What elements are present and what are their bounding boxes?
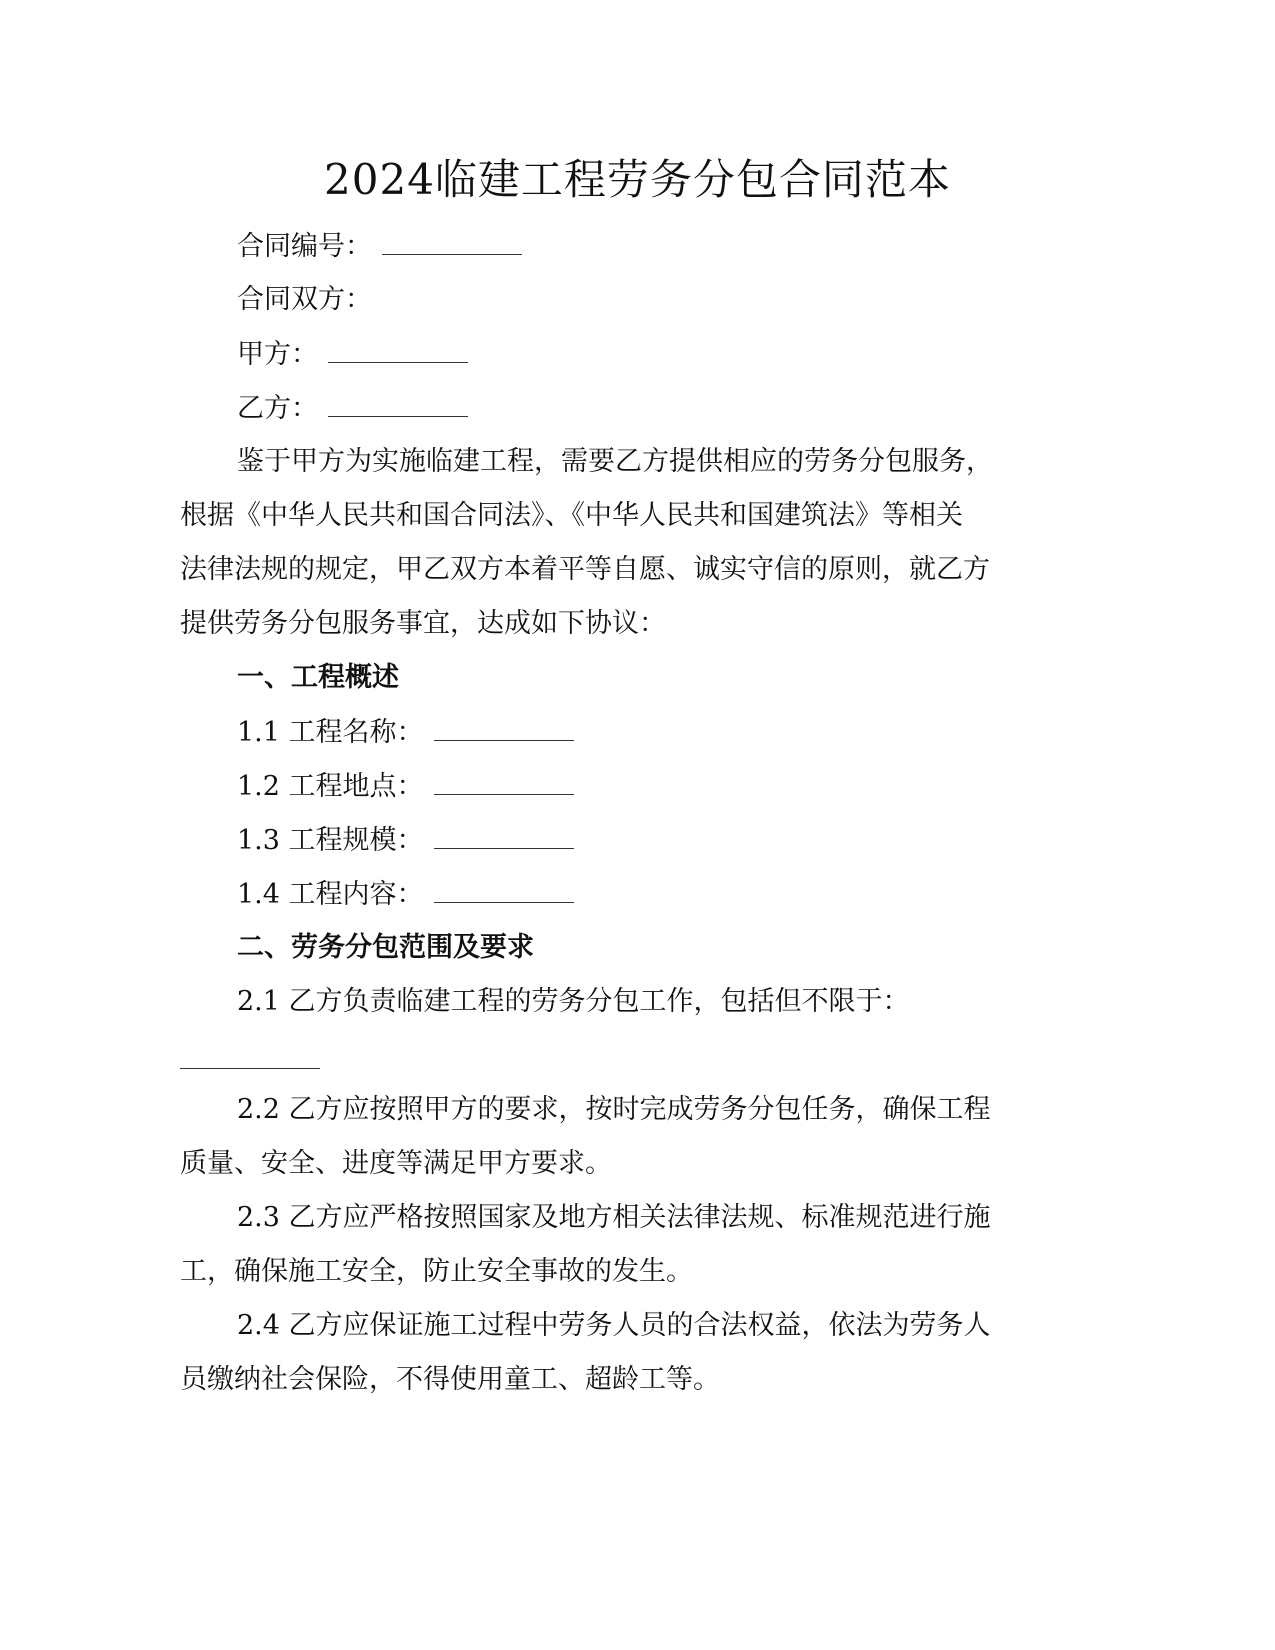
party-b-label: 乙方： [237,393,318,424]
clause-2-1-blank[interactable] [180,1038,320,1069]
item-1-1-label: 1.1 工程名称： [237,717,424,748]
party-a-blank[interactable] [328,336,468,363]
preamble-line-2: 根据《中华人民共和国合同法》、《中华人民共和国建筑法》等相关 [180,498,1060,534]
clause-2-3-line-1: 2.3 乙方应严格按照国家及地方相关法律法规、标准规范进行施 [237,1200,1117,1236]
clause-2-2-line-1: 2.2 乙方应按照甲方的要求，按时完成劳务分包任务，确保工程 [237,1092,1117,1128]
document-title: 2024临建工程劳务分包合同范本 [0,150,1275,210]
clause-2-4-line-2: 员缴纳社会保险，不得使用童工、超龄工等。 [180,1362,1060,1398]
contract-parties-field: 合同双方： [237,282,1117,318]
contract-parties-label: 合同双方： [237,284,372,315]
clause-2-1: 2.1 乙方负责临建工程的劳务分包工作，包括但不限于： [237,984,1117,1020]
item-1-4-label: 1.4 工程内容： [237,879,424,910]
preamble-line-4: 提供劳务分包服务事宜，达成如下协议： [180,606,1060,642]
item-1-2: 1.2 工程地点： [237,768,1117,805]
clause-2-4-line-1: 2.4 乙方应保证施工过程中劳务人员的合法权益，依法为劳务人 [237,1308,1117,1344]
party-b-field: 乙方： [237,390,1117,427]
clause-2-2-line-2: 质量、安全、进度等满足甲方要求。 [180,1146,1060,1182]
clause-2-3-line-2: 工，确保施工安全，防止安全事故的发生。 [180,1254,1060,1290]
preamble-line-3: 法律法规的规定，甲乙双方本着平等自愿、诚实守信的原则，就乙方 [180,552,1060,588]
document-page: 2024临建工程劳务分包合同范本 合同编号： 合同双方： 甲方： 乙方： 鉴于甲… [0,0,1275,1650]
project-scale-blank[interactable] [434,822,574,849]
preamble-line-1: 鉴于甲方为实施临建工程，需要乙方提供相应的劳务分包服务， [237,444,1060,480]
party-b-blank[interactable] [328,390,468,417]
party-a-label: 甲方： [237,339,318,370]
contract-number-label: 合同编号： [237,231,372,262]
project-location-blank[interactable] [434,768,574,795]
item-1-3-label: 1.3 工程规模： [237,825,424,856]
contract-number-blank[interactable] [382,228,522,255]
contract-number-field: 合同编号： [237,228,1117,265]
item-1-2-label: 1.2 工程地点： [237,771,424,802]
section-2-heading: 二、劳务分包范围及要求 [237,930,1117,966]
section-1-heading: 一、工程概述 [237,660,1117,696]
item-1-1: 1.1 工程名称： [237,714,1117,751]
party-a-field: 甲方： [237,336,1117,373]
project-name-blank[interactable] [434,714,574,741]
project-content-blank[interactable] [434,876,574,903]
item-1-4: 1.4 工程内容： [237,876,1117,913]
item-1-3: 1.3 工程规模： [237,822,1117,859]
